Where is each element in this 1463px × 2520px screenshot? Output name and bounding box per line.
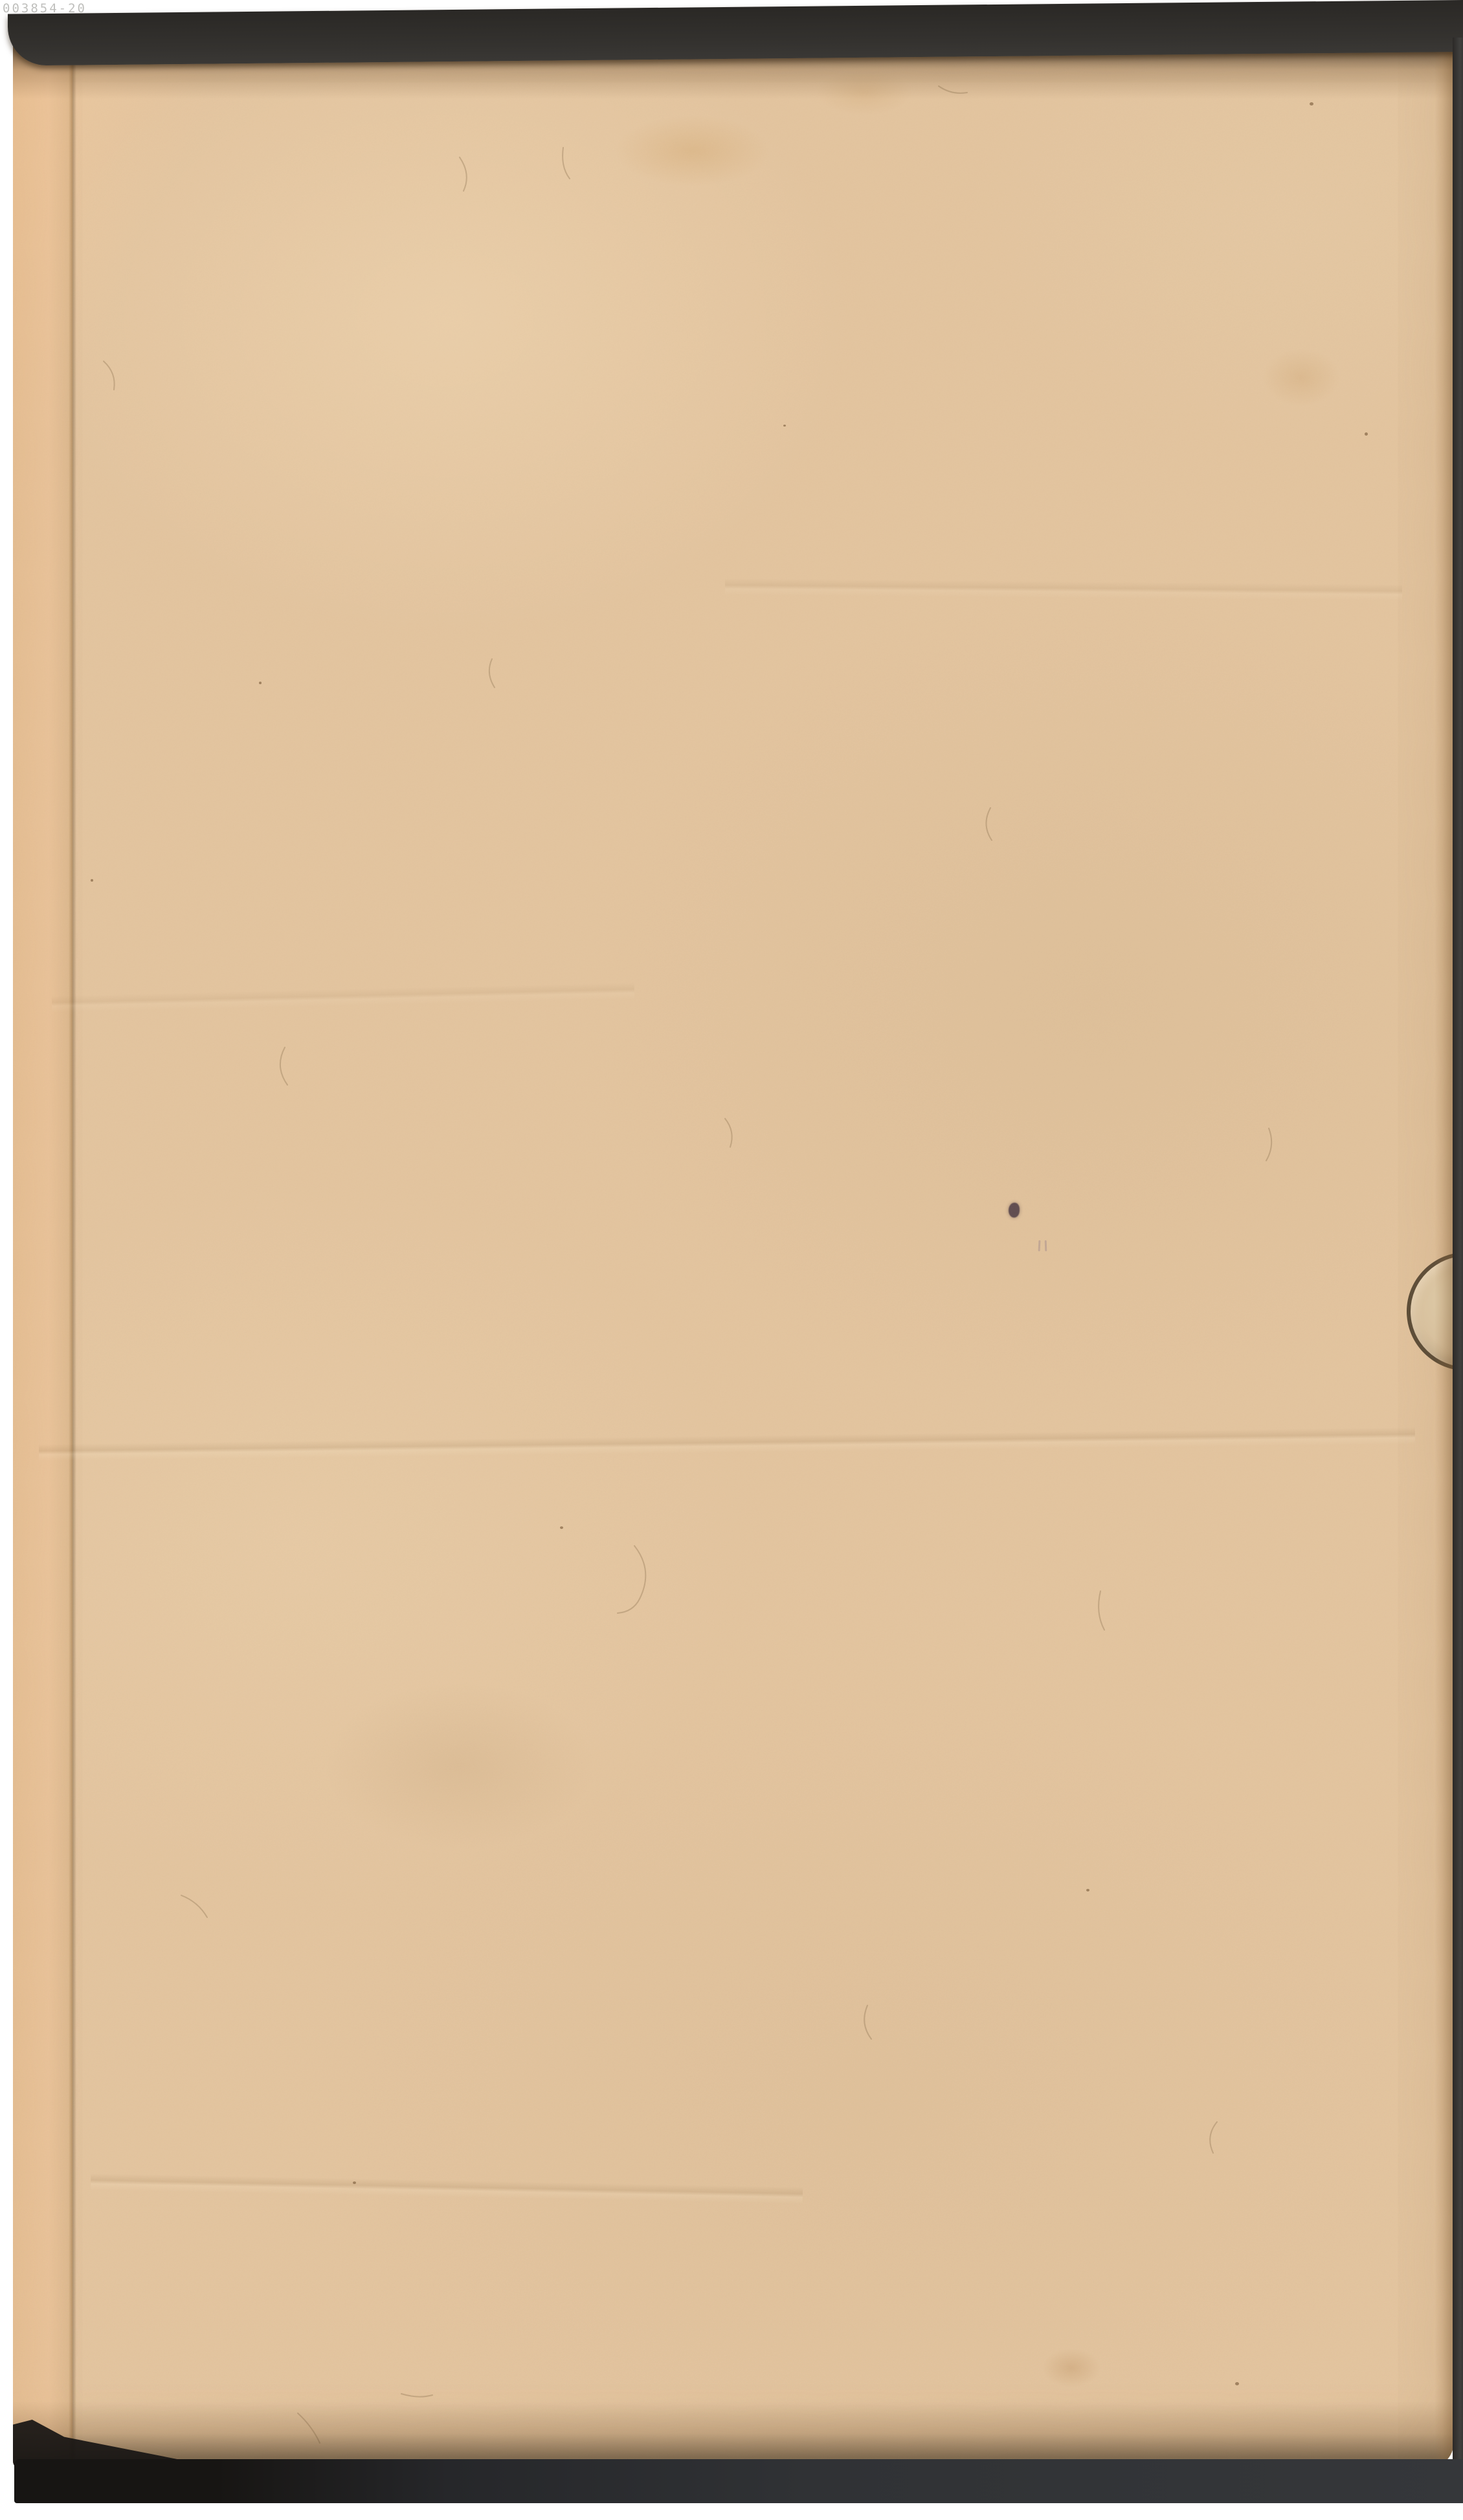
gutter-crease-line bbox=[69, 25, 76, 2469]
faint-pencil-ticks bbox=[1037, 1240, 1056, 1253]
paper-speck bbox=[1365, 432, 1368, 436]
paper-speck bbox=[560, 1526, 563, 1529]
paper-speck bbox=[91, 879, 93, 882]
paper-stain bbox=[1262, 348, 1340, 407]
paper-speck bbox=[1235, 2382, 1239, 2385]
paper-speck bbox=[259, 682, 262, 684]
paper-wrinkle bbox=[91, 2173, 803, 2203]
bottom-edge-shadow bbox=[13, 2398, 1454, 2469]
paper-fiber-texture bbox=[13, 25, 1454, 2469]
paper-speck bbox=[1310, 102, 1313, 106]
paper-wrinkle bbox=[39, 1427, 1415, 1461]
ink-spot bbox=[1009, 1203, 1020, 1218]
book-cover-right bbox=[1453, 38, 1463, 2492]
gutter-fold-strip bbox=[13, 25, 73, 2469]
paper-speck bbox=[783, 425, 786, 427]
paper-stain bbox=[1042, 2348, 1100, 2387]
paper-speck bbox=[353, 2181, 356, 2184]
paper-grain-noise bbox=[13, 25, 1454, 2469]
scan-watermark-id: 003854-20 bbox=[3, 1, 87, 16]
book-cover-bottom bbox=[14, 2459, 1463, 2503]
paper-stain bbox=[324, 1682, 596, 1850]
paper-stain bbox=[615, 115, 770, 186]
right-edge-shadow bbox=[1435, 25, 1454, 2469]
paper-speck bbox=[1086, 1889, 1089, 1891]
scanned-book-page: 003854-20 bbox=[0, 0, 1463, 2520]
paper-wrinkle bbox=[52, 983, 634, 1012]
paper-page bbox=[13, 25, 1454, 2469]
paper-wrinkle bbox=[725, 578, 1402, 601]
